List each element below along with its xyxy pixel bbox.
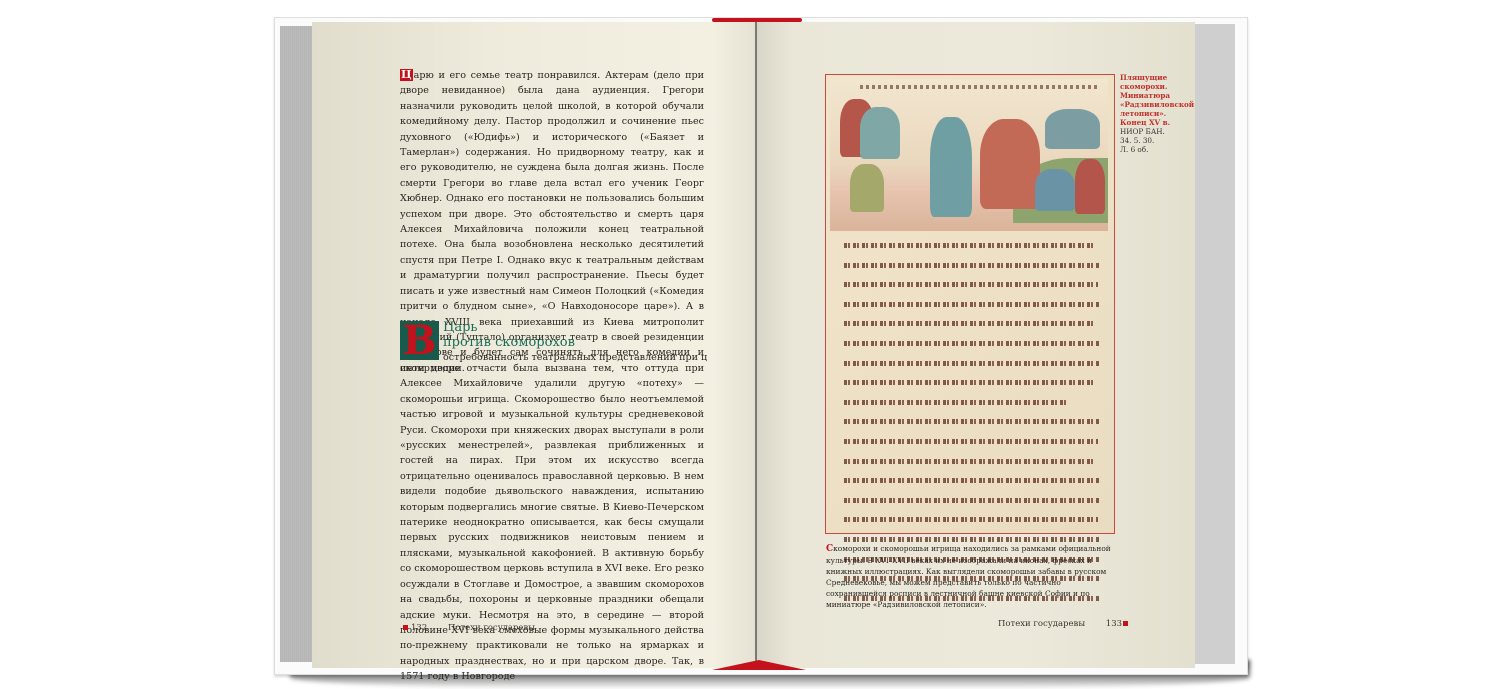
dropcap-small: Ц	[400, 69, 413, 81]
miniature-inscription	[860, 85, 1100, 89]
left-folio-number: 132	[411, 623, 427, 633]
section-heading-block: В Царь против скоморохов остребованность…	[400, 321, 710, 361]
figure-group-right	[1045, 109, 1100, 149]
ref-line: 34. 5. 30.	[1120, 136, 1192, 145]
red-square-marker	[1123, 621, 1128, 626]
side-caption-title: Пляшущие скоморохи. Миниатюра «Радзивило…	[1120, 73, 1192, 127]
bottom-caption: Скоморохи и скоморошьи игрища находились…	[826, 543, 1116, 610]
caption-line: Конец XV в.	[1120, 118, 1192, 127]
caption-line: летописи».	[1120, 109, 1192, 118]
dropcap-large: В	[400, 321, 439, 360]
right-folio-number: 133	[1106, 619, 1122, 629]
caption-line: Миниатюра	[1120, 91, 1192, 100]
side-caption: Пляшущие скоморохи. Миниатюра «Радзивило…	[1120, 73, 1192, 154]
figure-musician	[1035, 169, 1075, 211]
left-paragraph-2: ском дворе отчасти была вызвана тем, что…	[400, 361, 704, 685]
page-edges-left	[280, 26, 316, 662]
figure-dancer-blue	[930, 117, 972, 217]
right-running-title: Потехи государевы	[998, 619, 1085, 629]
caption-line: скоморохи.	[1120, 82, 1192, 91]
figure-dancer-red	[980, 119, 1040, 209]
caption-line: Пляшущие	[1120, 73, 1192, 82]
section-heading: Царь против скоморохов	[443, 320, 575, 350]
paragraph-2-text: ском дворе отчасти была вызвана тем, что…	[400, 361, 704, 685]
bottom-caption-text: коморохи и скоморошьи игрища находились …	[826, 544, 1111, 609]
left-running-title: Потехи государевы	[448, 623, 535, 633]
ref-line: Л. 6 об.	[1120, 145, 1192, 154]
caption-line: «Радзивиловской	[1120, 100, 1192, 109]
page-edges-right	[1195, 24, 1235, 664]
right-footer: Потехи государевы 133	[998, 619, 1131, 629]
side-caption-reference: НИОР БАН. 34. 5. 30. Л. 6 об.	[1120, 127, 1192, 154]
figure-blue-left	[860, 107, 900, 159]
figure-dancer-small	[850, 164, 884, 212]
section-heading-line1: Царь	[443, 320, 575, 335]
red-square-marker	[403, 625, 408, 630]
section-heading-line2: против скоморохов	[443, 335, 575, 350]
figure-musician-red	[1075, 159, 1105, 214]
miniature-scene	[830, 79, 1108, 231]
left-footer: 132 Потехи государевы	[400, 623, 535, 633]
manuscript-illustration	[825, 74, 1115, 534]
ref-line: НИОР БАН.	[1120, 127, 1192, 136]
gutter	[755, 22, 757, 668]
